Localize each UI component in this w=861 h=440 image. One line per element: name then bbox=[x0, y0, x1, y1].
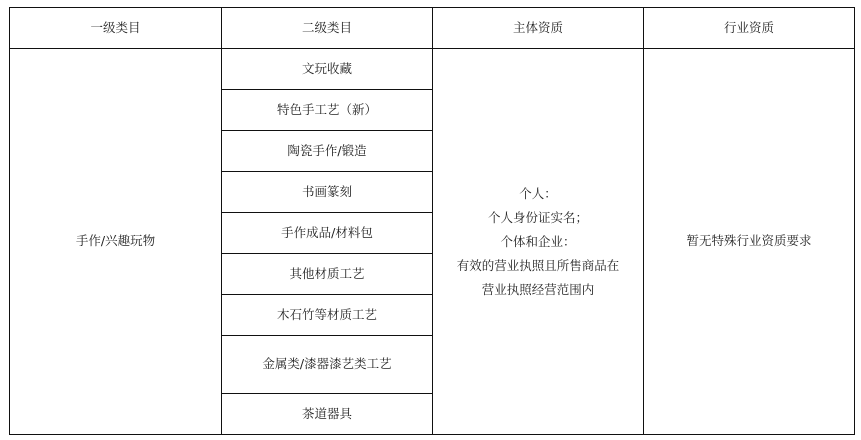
primary-category-cell: 手作/兴趣玩物 bbox=[10, 49, 222, 435]
subject-qualification-cell: 个人： 个人身份证实名； 个体和企业： 有效的营业执照且所售商品在 营业执照经营… bbox=[433, 49, 644, 435]
subject-qualification-line: 个人： bbox=[433, 182, 643, 206]
subject-qualification-line: 个人身份证实名； bbox=[433, 206, 643, 230]
subject-qualification-line: 营业执照经营范围内 bbox=[433, 278, 643, 302]
header-subject-qualification: 主体资质 bbox=[433, 8, 644, 49]
industry-qualification-cell: 暂无特殊行业资质要求 bbox=[644, 49, 855, 435]
secondary-category-cell: 金属类/漆器漆艺类工艺 bbox=[222, 336, 433, 394]
header-industry-qualification: 行业资质 bbox=[644, 8, 855, 49]
secondary-category-cell: 特色手工艺（新） bbox=[222, 90, 433, 131]
secondary-category-cell: 木石竹等材质工艺 bbox=[222, 295, 433, 336]
header-secondary-category: 二级类目 bbox=[222, 8, 433, 49]
secondary-category-cell: 陶瓷手作/锻造 bbox=[222, 131, 433, 172]
subject-qualification-line: 个体和企业： bbox=[433, 230, 643, 254]
header-primary-category: 一级类目 bbox=[10, 8, 222, 49]
secondary-category-cell: 其他材质工艺 bbox=[222, 254, 433, 295]
subject-qualification-line: 有效的营业执照且所售商品在 bbox=[433, 254, 643, 278]
secondary-category-cell: 文玩收藏 bbox=[222, 49, 433, 90]
table-row: 手作/兴趣玩物 文玩收藏 个人： 个人身份证实名； 个体和企业： 有效的营业执照… bbox=[10, 49, 855, 90]
secondary-category-cell: 书画篆刻 bbox=[222, 172, 433, 213]
secondary-category-cell: 手作成品/材料包 bbox=[222, 213, 433, 254]
secondary-category-cell: 茶道器具 bbox=[222, 394, 433, 435]
qualification-table: 一级类目 二级类目 主体资质 行业资质 手作/兴趣玩物 文玩收藏 个人： 个人身… bbox=[9, 7, 855, 435]
header-row: 一级类目 二级类目 主体资质 行业资质 bbox=[10, 8, 855, 49]
